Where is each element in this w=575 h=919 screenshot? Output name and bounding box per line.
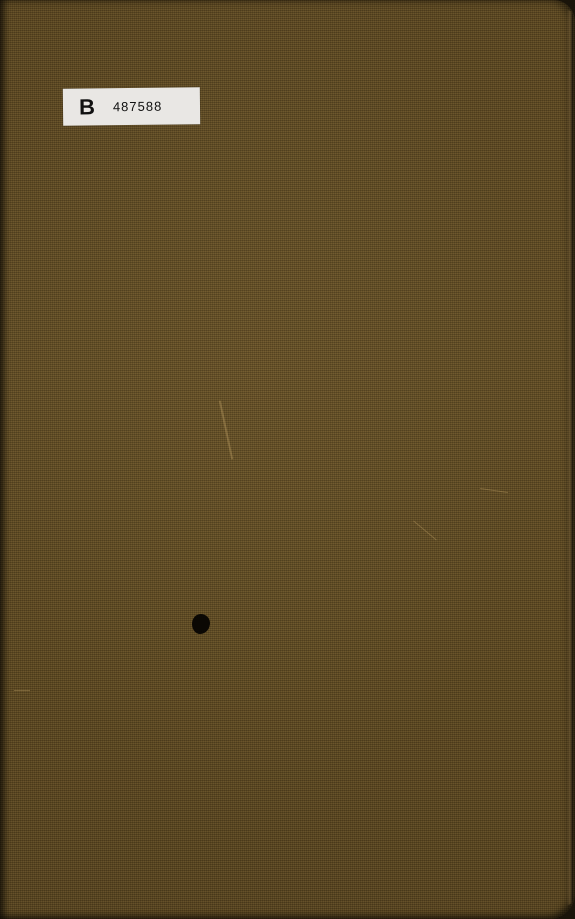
spine-edge	[0, 0, 10, 919]
scuff-mark	[14, 690, 30, 691]
book-cover: B 487588	[0, 0, 575, 919]
scuff-mark	[480, 488, 508, 493]
scuff-mark	[413, 520, 437, 540]
scuff-mark	[219, 400, 233, 459]
fore-edge	[567, 10, 573, 905]
label-letter: B	[79, 94, 95, 120]
label-number: 487588	[113, 99, 163, 115]
ink-spot	[192, 614, 210, 634]
library-label: B 487588	[63, 87, 200, 125]
